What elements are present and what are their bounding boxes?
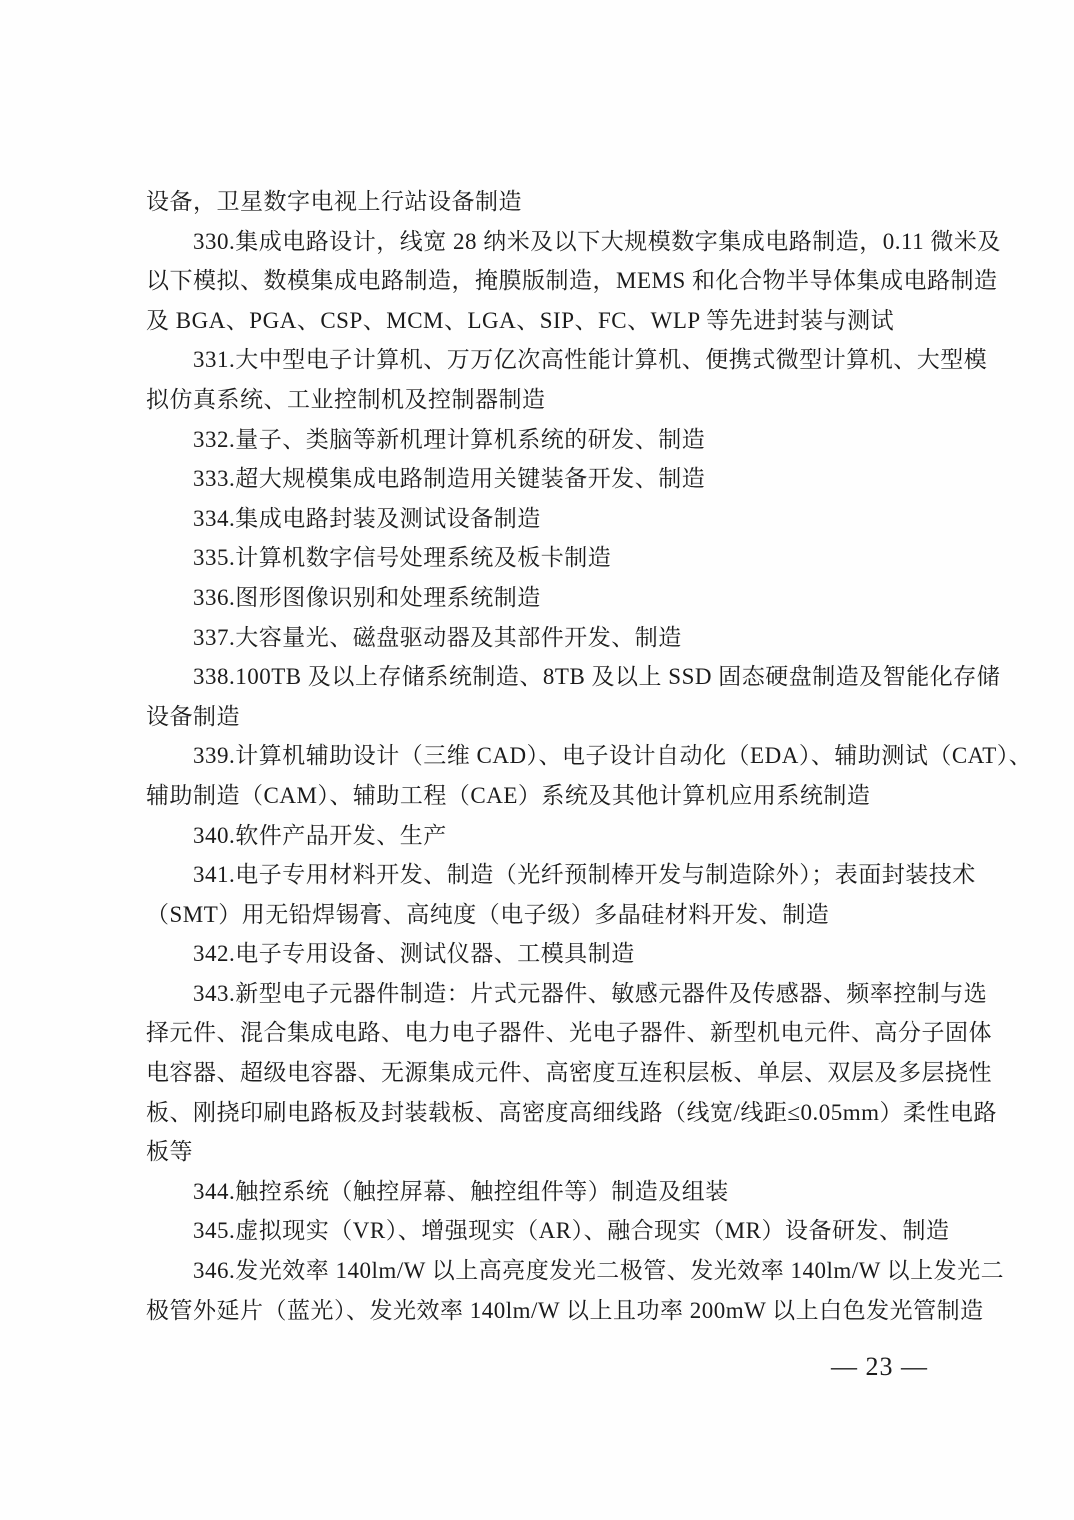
text-line: 340.软件产品开发、生产 [146, 816, 948, 856]
text-line: 336.图形图像识别和处理系统制造 [146, 578, 948, 618]
text-line: 344.触控系统（触控屏幕、触控组件等）制造及组装 [146, 1172, 948, 1212]
document-page: 设备，卫星数字电视上行站设备制造330.集成电路设计，线宽 28 纳米及以下大规… [0, 0, 1074, 1520]
text-line: 择元件、混合集成电路、电力电子器件、光电子器件、新型机电元件、高分子固体 [146, 1013, 948, 1053]
text-line: 板等 [146, 1132, 948, 1172]
text-line: 330.集成电路设计，线宽 28 纳米及以下大规模数字集成电路制造，0.11 微… [146, 222, 948, 262]
text-line: 电容器、超级电容器、无源集成元件、高密度互连积层板、单层、双层及多层挠性 [146, 1053, 948, 1093]
text-line: 341.电子专用材料开发、制造（光纤预制棒开发与制造除外）；表面封装技术 [146, 855, 948, 895]
text-line: （SMT）用无铅焊锡膏、高纯度（电子级）多晶硅材料开发、制造 [146, 895, 948, 935]
text-line: 333.超大规模集成电路制造用关键装备开发、制造 [146, 459, 948, 499]
document-body: 设备，卫星数字电视上行站设备制造330.集成电路设计，线宽 28 纳米及以下大规… [146, 182, 948, 1330]
text-line: 345.虚拟现实（VR）、增强现实（AR）、融合现实（MR）设备研发、制造 [146, 1211, 948, 1251]
text-line: 342.电子专用设备、测试仪器、工模具制造 [146, 934, 948, 974]
text-line: 337.大容量光、磁盘驱动器及其部件开发、制造 [146, 618, 948, 658]
text-line: 338.100TB 及以上存储系统制造、8TB 及以上 SSD 固态硬盘制造及智… [146, 657, 948, 697]
text-line: 设备制造 [146, 697, 948, 737]
text-line: 331.大中型电子计算机、万万亿次高性能计算机、便携式微型计算机、大型模 [146, 340, 948, 380]
text-line: 以下模拟、数模集成电路制造，掩膜版制造，MEMS 和化合物半导体集成电路制造 [146, 261, 948, 301]
text-line: 334.集成电路封装及测试设备制造 [146, 499, 948, 539]
text-line: 辅助制造（CAM）、辅助工程（CAE）系统及其他计算机应用系统制造 [146, 776, 948, 816]
text-line: 343.新型电子元器件制造：片式元器件、敏感元器件及传感器、频率控制与选 [146, 974, 948, 1014]
text-line: 335.计算机数字信号处理系统及板卡制造 [146, 538, 948, 578]
text-line: 拟仿真系统、工业控制机及控制器制造 [146, 380, 948, 420]
text-line: 346.发光效率 140lm/W 以上高亮度发光二极管、发光效率 140lm/W… [146, 1251, 948, 1291]
text-line: 极管外延片（蓝光）、发光效率 140lm/W 以上且功率 200mW 以上白色发… [146, 1291, 948, 1331]
text-line: 设备，卫星数字电视上行站设备制造 [146, 182, 948, 222]
text-line: 339.计算机辅助设计（三维 CAD）、电子设计自动化（EDA）、辅助测试（CA… [146, 736, 948, 776]
text-line: 332.量子、类脑等新机理计算机系统的研发、制造 [146, 420, 948, 460]
text-line: 板、刚挠印刷电路板及封装载板、高密度高细线路（线宽/线距≤0.05mm）柔性电路 [146, 1093, 948, 1133]
text-line: 及 BGA、PGA、CSP、MCM、LGA、SIP、FC、WLP 等先进封装与测… [146, 301, 948, 341]
page-number: — 23 — [831, 1350, 928, 1384]
